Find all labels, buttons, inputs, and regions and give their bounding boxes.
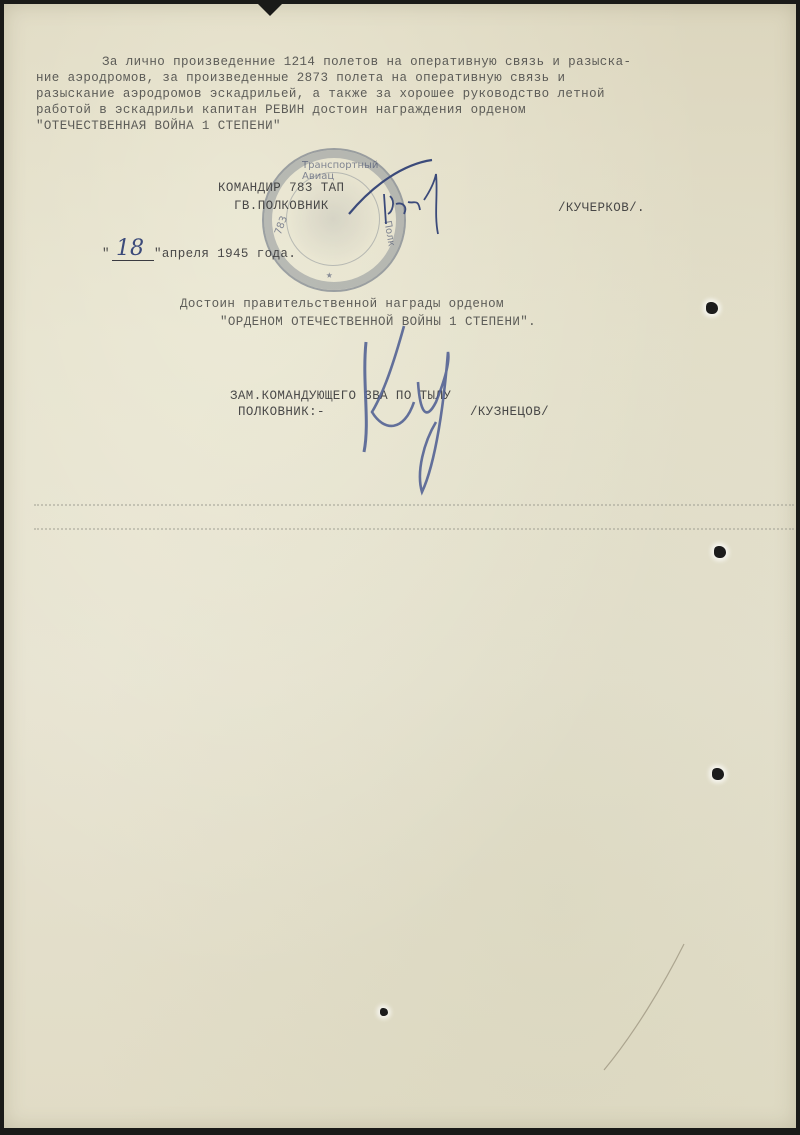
date-day-handwritten: 18	[116, 236, 144, 261]
date-month-year: "апреля 1945 года.	[154, 246, 296, 262]
punch-hole	[706, 302, 718, 314]
document-page: За лично произведенние 1214 полетов на о…	[4, 4, 796, 1128]
star-icon: ★	[326, 268, 333, 282]
paragraph-line: работой в эскадрильи капитан РЕВИН досто…	[36, 102, 526, 118]
punch-hole	[712, 768, 724, 780]
punch-hole	[714, 546, 726, 558]
resolution-line: Достоин правительственной награды ордено…	[180, 296, 504, 312]
signature-2-handwritten	[344, 322, 484, 502]
signer-2-rank: ПОЛКОВНИК:-	[238, 404, 325, 420]
paragraph-line: разыскание аэродромов эскадрильей, а так…	[36, 86, 605, 102]
signer-1-rank: ГВ.ПОЛКОВНИК	[234, 198, 329, 214]
faint-ruled-line	[34, 528, 794, 530]
faint-ruled-line	[34, 504, 794, 506]
page-notch	[258, 4, 282, 16]
date-open-quote: "	[102, 246, 110, 262]
paragraph-line: ние аэродромов, за произведенные 2873 по…	[36, 70, 565, 86]
signature-1-handwritten	[344, 154, 454, 244]
signer-1-name: /КУЧЕРКОВ/.	[558, 200, 645, 216]
signer-1-title: КОМАНДИР 783 ТАП	[218, 180, 344, 196]
paragraph-line: За лично произведенние 1214 полетов на о…	[102, 54, 631, 70]
punch-hole	[380, 1008, 388, 1016]
paper-crease	[564, 944, 704, 1074]
paragraph-line: "ОТЕЧЕСТВЕННАЯ ВОЙНА 1 СТЕПЕНИ"	[36, 118, 281, 134]
date-underline	[112, 260, 154, 261]
